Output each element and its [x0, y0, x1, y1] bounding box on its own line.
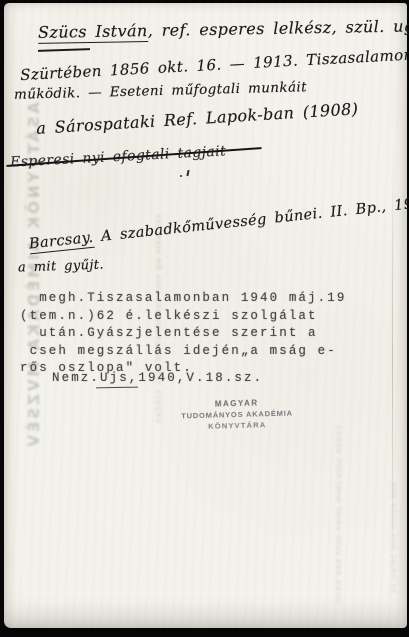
- typed-note: megh.Tiszasalamonban 1940 máj.19(tem.n.)…: [20, 290, 346, 378]
- handwritten-line-1: Szücs István, ref. esperes lelkész, szül…: [38, 15, 409, 42]
- underline-mark-source: [96, 387, 138, 389]
- handwritten-line-6: Barcsay. A szabadkőművesség bűnei. II. B…: [28, 194, 409, 253]
- handwritten-line-4: a Sárospataki Ref. Lapok-ban (1908): [36, 99, 359, 138]
- bleedthrough-text-right-3: zs nelet miv atnze bek: [389, 163, 398, 593]
- cited-author: Barcsay.: [28, 230, 94, 255]
- typed-line-3: után.Gyászjelentése szerint a: [20, 325, 346, 343]
- underline-mark-name: [38, 48, 90, 51]
- source-citation: Nemz.Ujs,1940,V.18.sz.: [52, 371, 263, 385]
- person-title: , ref. esperes lelkész, szül. ugyanottan: [147, 15, 409, 40]
- handwritten-line-7: a mit gyűjt.: [18, 258, 104, 276]
- scanned-card-page: ASÁTVYNÖK AIMÉDAKA MVZSÉV nebézs svel me…: [0, 0, 409, 637]
- card-crease: [392, 153, 393, 573]
- library-stamp: MAGYAR TUDOMÁNYOS AKADÉMIA KÖNYVTÁRA: [172, 397, 303, 431]
- stamp-line-3: KÖNYVTÁRA: [172, 419, 302, 431]
- person-name: Szücs István: [38, 21, 148, 44]
- ink-tick: [186, 170, 189, 176]
- typed-line-2: (tem.n.)62 é.lelkészi szolgálat: [20, 308, 346, 326]
- index-card: ASÁTVYNÖK AIMÉDAKA MVZSÉV nebézs svel me…: [4, 3, 407, 628]
- typed-line-4: cseh megszállás idején„a mság e-: [20, 343, 346, 361]
- bleedthrough-text-right-2: iméd aka tnzs nelej miel vtnz ebkez: [334, 173, 343, 603]
- cited-title: A szabadkőművesség bűnei. II. Bp., 1921.: [92, 194, 409, 246]
- handwritten-line-3: működik. — Eseteni műfogtali munkáit: [14, 79, 307, 103]
- typed-line-1: megh.Tiszasalamonban 1940 máj.19: [20, 290, 346, 308]
- ink-dot: [180, 175, 182, 177]
